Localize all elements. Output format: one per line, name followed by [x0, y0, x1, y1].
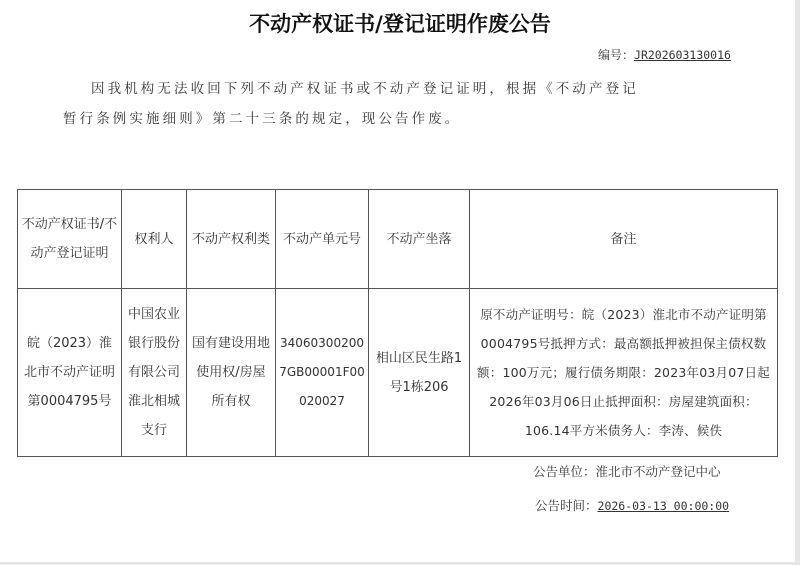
- intro-line-2: 暂行条例实施细则》第二十三条的规定，现公告作废。: [63, 111, 461, 127]
- page-edge-strip: [795, 0, 800, 565]
- issuing-unit-value: 淮北市不动产登记中心: [596, 464, 721, 479]
- intro-paragraph: 因我机构无法收回下列不动产权证书或不动产登记证明，根据《不动产登记 暂行条例实施…: [63, 74, 743, 134]
- header-certificate-no: 不动产权证书/不动产登记证明: [18, 190, 122, 289]
- header-location: 不动产坐落: [369, 190, 470, 289]
- notice-time-value: 2026-03-13 00:00:00: [598, 499, 730, 513]
- cell-location: 相山区民生路1号1栋206: [369, 289, 470, 457]
- table-header-row: 不动产权证书/不动产登记证明 权利人 不动产权利类 不动产单元号 不动产坐落 备…: [18, 190, 778, 289]
- intro-line-1: 因我机构无法收回下列不动产权证书或不动产登记证明，根据《不动产登记: [91, 81, 639, 97]
- header-right-type: 不动产权利类: [187, 190, 276, 289]
- issuing-unit: 公告单位：淮北市不动产登记中心: [533, 462, 721, 480]
- serial-value: JR202603130016: [634, 48, 731, 62]
- serial-number: 编号：JR202603130016: [598, 46, 731, 63]
- cell-right-holder: 中国农业银行股份有限公司淮北相城支行: [122, 289, 187, 457]
- notice-time-label: 公告时间：: [535, 498, 598, 513]
- void-certificate-table: 不动产权证书/不动产登记证明 权利人 不动产权利类 不动产单元号 不动产坐落 备…: [17, 189, 778, 457]
- table-row: 皖（2023）淮北市不动产证明第0004795号 中国农业银行股份有限公司淮北相…: [18, 289, 778, 457]
- issuing-unit-label: 公告单位：: [533, 464, 596, 479]
- header-right-holder: 权利人: [122, 190, 187, 289]
- cell-unit-no: 340603002007GB00001F00020027: [276, 289, 369, 457]
- cell-certificate-no: 皖（2023）淮北市不动产证明第0004795号: [18, 289, 122, 457]
- serial-label: 编号：: [598, 48, 634, 62]
- cell-right-type: 国有建设用地使用权/房屋所有权: [187, 289, 276, 457]
- cell-remarks: 原不动产证明号：皖（2023）淮北市不动产证明第0004795号抵押方式：最高额…: [470, 289, 778, 457]
- notice-time: 公告时间：2026-03-13 00:00:00: [535, 496, 729, 514]
- page-title: 不动产权证书/登记证明作废公告: [0, 8, 800, 38]
- header-remarks: 备注: [470, 190, 778, 289]
- header-unit-no: 不动产单元号: [276, 190, 369, 289]
